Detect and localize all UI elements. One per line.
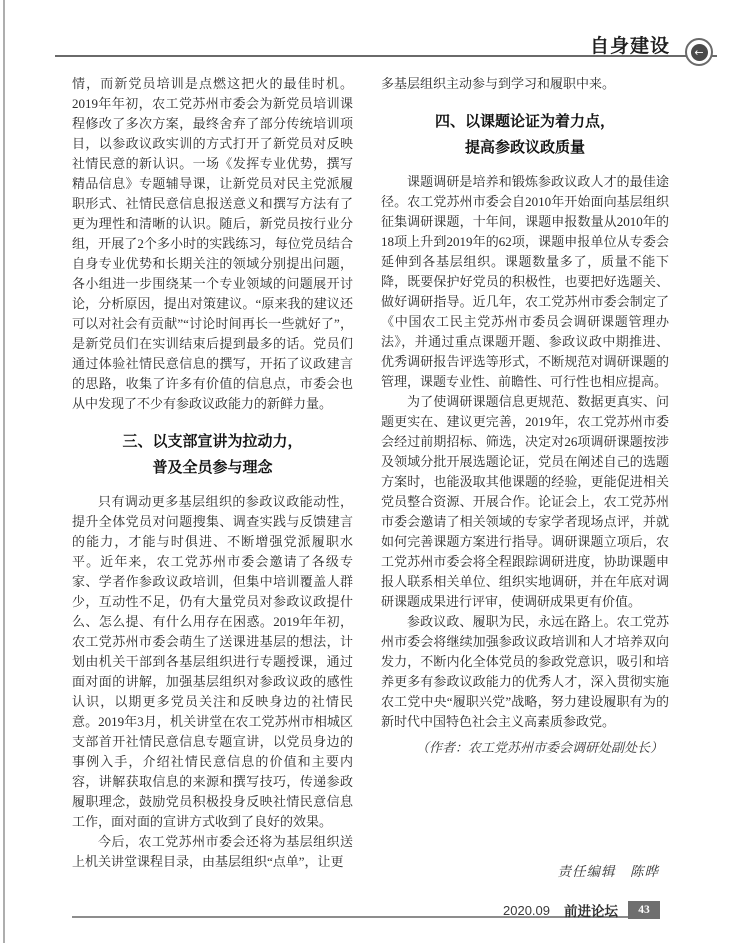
heading-line-1: 四、以课题论证为着力点， <box>381 109 669 135</box>
paragraph: 只有调动更多基层组织的参政议政能动性，提升全体党员对问题搜集、调查实践与反馈建言… <box>72 492 353 832</box>
paragraph-continued: 多基层组织主动参与到学习和履职中来。 <box>381 74 669 94</box>
author-note: （作者：农工党苏州市委会调研处副处长） <box>381 738 669 758</box>
editor-credit: 责任编辑 陈晔 <box>558 860 660 880</box>
paragraph: 课题调研是培养和锻炼参政议政人才的最佳途径。农工党苏州市委会自2010年开始面向… <box>381 172 669 392</box>
back-arrow-glyph: ← <box>691 44 708 61</box>
paragraph: 今后，农工党苏州市委会还将为基层组织送上机关讲堂课程目录，由基层组织“点单”，让… <box>72 832 353 872</box>
back-arrow-icon: ← <box>685 38 713 66</box>
heading-line-2: 提高参政议政质量 <box>381 135 669 161</box>
section-label: 自身建设 <box>590 31 670 58</box>
paragraph: 参政议政、履职为民，永远在路上。农工党苏州市委会将继续加强参政议政培训和人才培养… <box>381 612 669 732</box>
paragraph-continued: 情，而新党员培训是点燃这把火的最佳时机。2019年年初，农工党苏州市委会为新党员… <box>72 74 353 414</box>
heading-line-1: 三、以支部宣讲为拉动力， <box>72 429 353 455</box>
paragraph: 为了使调研课题信息更规范、数据更真实、问题更实在、建议更完善，2019年，农工党… <box>381 392 669 612</box>
section-heading-4: 四、以课题论证为着力点， 提高参政议政质量 <box>381 109 669 161</box>
left-column: 情，而新党员培训是点燃这把火的最佳时机。2019年年初，农工党苏州市委会为新党员… <box>72 74 353 872</box>
issue-date: 2020.09 <box>503 903 550 918</box>
page-number-badge: 43 <box>628 901 660 919</box>
journal-name: 前进论坛 <box>564 900 618 920</box>
page-edge-line <box>3 0 5 943</box>
footer: 2020.09 前进论坛 43 <box>503 901 660 919</box>
section-heading-3: 三、以支部宣讲为拉动力， 普及全员参与理念 <box>72 429 353 481</box>
magazine-page: 自身建设 ← 情，而新党员培训是点燃这把火的最佳时机。2019年年初，农工党苏州… <box>0 0 731 943</box>
right-column: 多基层组织主动参与到学习和履职中来。 四、以课题论证为着力点， 提高参政议政质量… <box>381 74 669 758</box>
heading-line-2: 普及全员参与理念 <box>72 455 353 481</box>
